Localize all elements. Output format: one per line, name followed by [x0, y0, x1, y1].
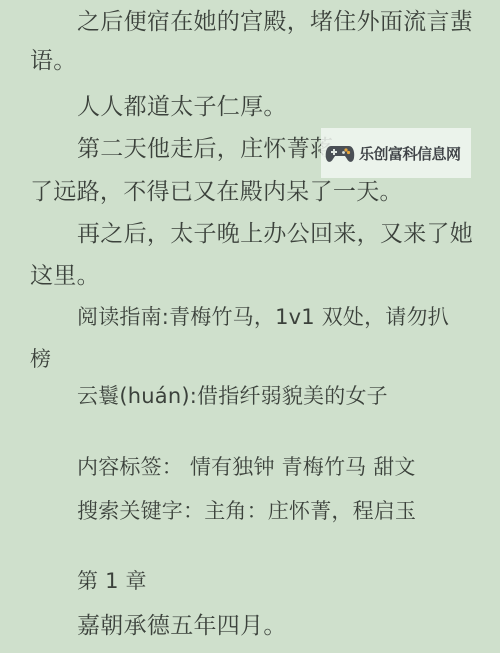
reading-guide-line: 阅读指南:青梅竹马，1v1 双处，请勿扒 — [77, 303, 449, 331]
paragraph-line: 再之后，太子晚上办公回来，又来了她 — [77, 220, 473, 248]
watermark-text: 乐创富科信息网 — [359, 143, 461, 164]
gamepad-icon — [325, 142, 355, 164]
glossary-note: 云鬟(huán):借指纤弱貌美的女子 — [77, 382, 388, 410]
chapter-title: 第 1 章 — [77, 567, 147, 595]
paragraph-line: 语。 — [30, 47, 77, 75]
reading-guide-line: 榜 — [30, 345, 51, 373]
paragraph-line: 第二天他走后，庄怀菁蒋 — [77, 135, 333, 163]
content-tags: 内容标签： 情有独钟 青梅竹马 甜文 — [77, 453, 416, 481]
watermark-badge: 乐创富科信息网 — [321, 128, 471, 178]
paragraph-line: 人人都道太子仁厚。 — [77, 93, 287, 121]
search-keywords: 搜索关键字：主角：庄怀菁，程启玉 — [77, 497, 416, 525]
paragraph-line: 之后便宿在她的宫殿，堵住外面流言蜚 — [77, 8, 473, 36]
paragraph-line: 嘉朝承德五年四月。 — [77, 612, 287, 640]
reader-page: 之后便宿在她的宫殿，堵住外面流言蜚 语。 人人都道太子仁厚。 第二天他走后，庄怀… — [0, 0, 500, 653]
paragraph-line: 这里。 — [30, 262, 100, 290]
paragraph-line: 了远路，不得已又在殿内呆了一天。 — [30, 178, 403, 206]
